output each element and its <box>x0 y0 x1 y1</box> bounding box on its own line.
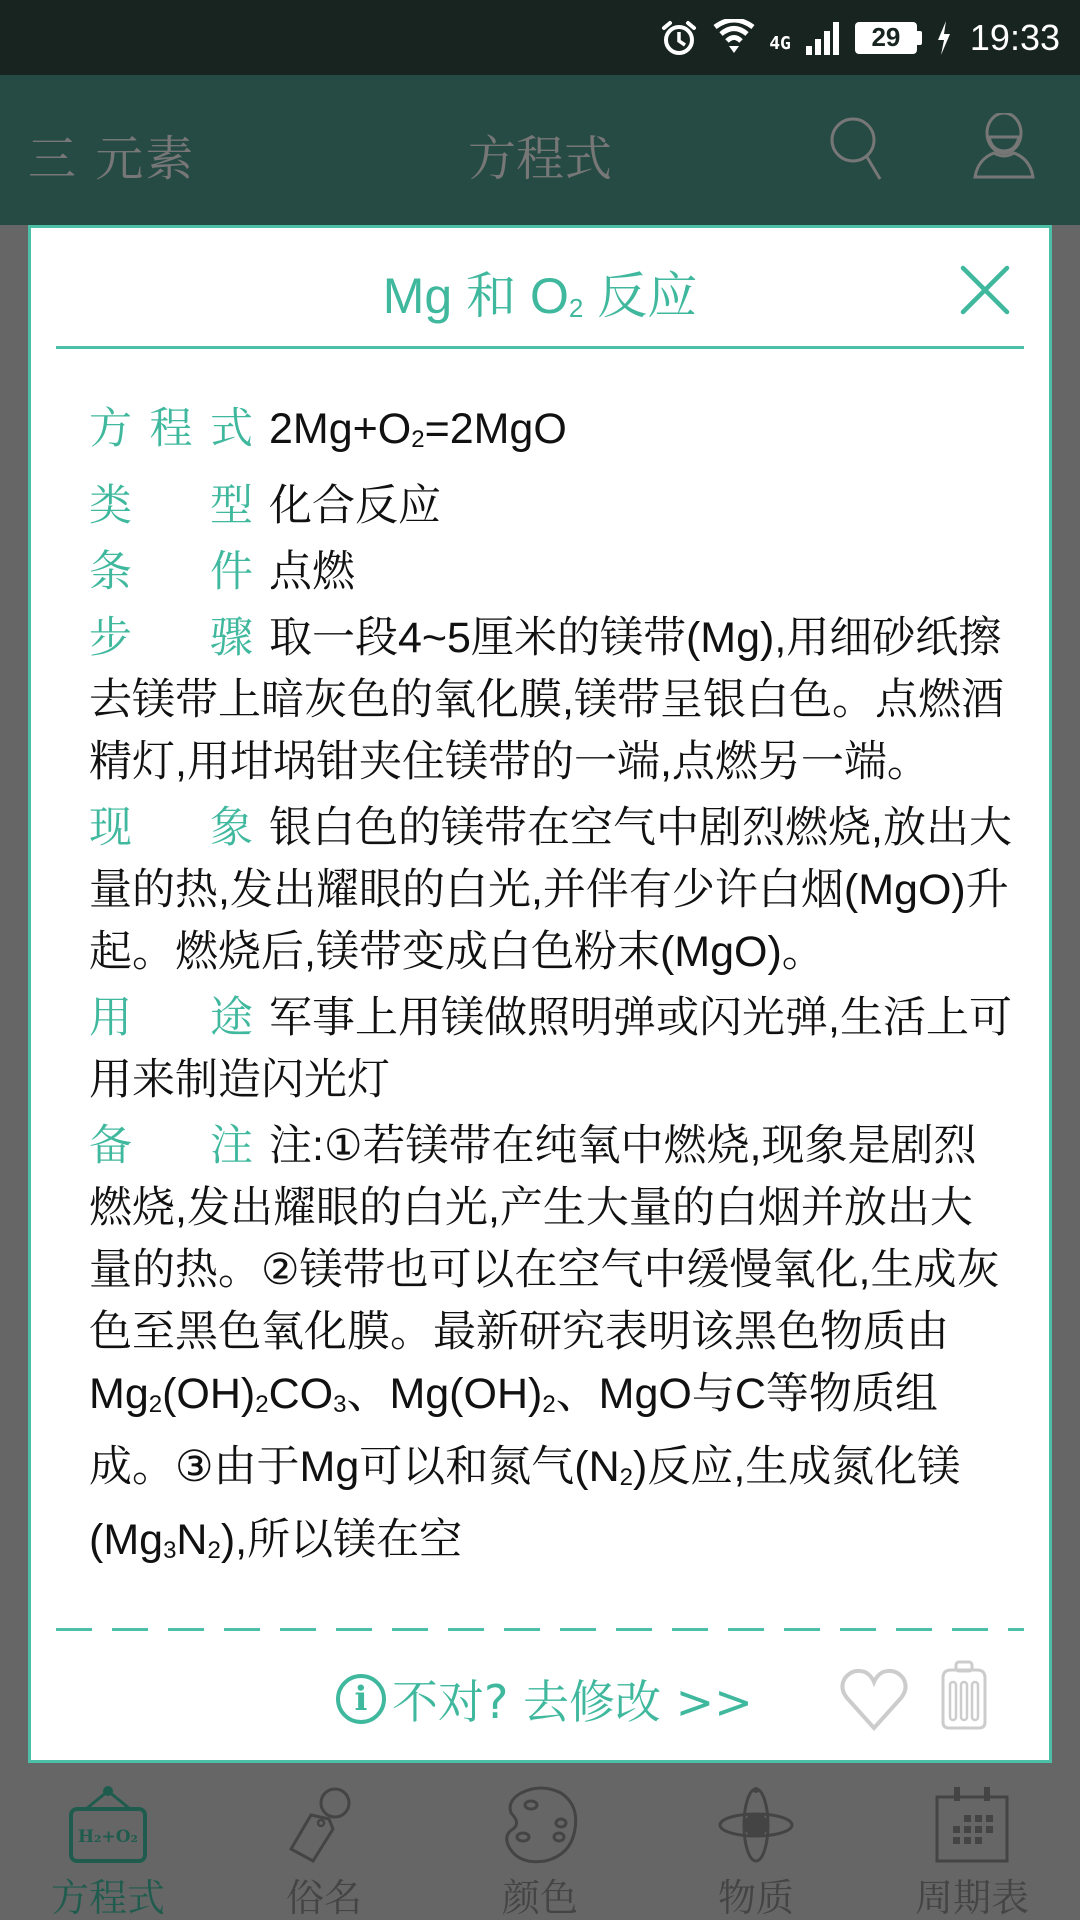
entry-notes: 备注注:①若镁带在纯氧中燃烧,现象是剧烈燃烧,发出耀眼的白光,产生大量的白烟并放… <box>89 1115 1013 1582</box>
title-text-suffix: 反应 <box>583 268 697 324</box>
reaction-detail-dialog: Mg 和 O2 反应 方程式2Mg+O2=2MgO 类型化合反应 条件点燃 步骤… <box>28 225 1052 1763</box>
entry-label: 条件 <box>89 541 253 603</box>
nav-item-equations[interactable]: H₂+O₂ 方程式 <box>0 1763 216 1920</box>
calendar-grid-icon <box>934 1785 1010 1865</box>
entry-phenomenon: 现象银白色的镁带在空气中剧烈燃烧,放出大量的热,发出耀眼的白光,并伴有少许白烟(… <box>89 797 1013 983</box>
atom-icon <box>716 1785 796 1865</box>
entry-value: 化合反应 <box>269 482 441 530</box>
nav-label: 俗名 <box>286 1867 362 1920</box>
entry-type: 类型化合反应 <box>89 475 1013 537</box>
palette-icon <box>501 1785 579 1865</box>
entry-usage: 用途军事上用镁做照明弹或闪光弹,生活上可用来制造闪光灯 <box>89 987 1013 1111</box>
nav-item-substances[interactable]: 物质 <box>648 1763 864 1920</box>
dialog-title: Mg 和 O2 反应 <box>31 256 1049 328</box>
entry-label: 类型 <box>89 475 253 537</box>
entry-label: 备注 <box>89 1115 253 1177</box>
page-title: 方程式 <box>0 120 1080 189</box>
nav-item-colors[interactable]: 颜色 <box>432 1763 648 1920</box>
app-header: 三 元素 方程式 <box>0 75 1080 225</box>
battery-icon: 29 <box>855 22 922 54</box>
heart-icon[interactable] <box>839 1668 909 1736</box>
entry-value: 注:①若镁带在纯氧中燃烧,现象是剧烈燃烧,发出耀眼的白光,产生大量的白烟并放出大… <box>89 1122 1000 1564</box>
title-subscript: 2 <box>569 293 583 323</box>
status-bar: 4G 29 19:33 <box>0 0 1080 75</box>
nav-label: 方程式 <box>51 1867 165 1920</box>
nav-item-periodic-table[interactable]: 周期表 <box>864 1763 1080 1920</box>
signal-icon <box>805 20 841 56</box>
info-icon: i <box>336 1674 386 1724</box>
tag-icon <box>289 1785 359 1865</box>
charging-icon <box>936 21 952 55</box>
title-divider <box>56 346 1024 349</box>
dialog-content[interactable]: 方程式2Mg+O2=2MgO 类型化合反应 条件点燃 步骤取一段4~5厘米的镁带… <box>89 398 1013 1631</box>
entry-label: 用途 <box>89 987 253 1049</box>
equation-sign-icon: H₂+O₂ <box>68 1785 148 1865</box>
entry-value: 2Mg+O2=2MgO <box>269 405 567 453</box>
dialog-footer: i 不对? 去修改 >> <box>31 1658 1049 1738</box>
entry-condition: 条件点燃 <box>89 541 1013 603</box>
nav-label: 颜色 <box>502 1867 578 1920</box>
bottom-nav: H₂+O₂ 方程式 俗名 颜色 物质 周期表 <box>0 1763 1080 1920</box>
entry-label: 方程式 <box>89 398 253 460</box>
wifi-icon <box>713 19 755 57</box>
user-icon[interactable] <box>972 113 1036 183</box>
entry-value: 点燃 <box>269 548 355 596</box>
report-error-label: 不对? 去修改 >> <box>392 1666 753 1732</box>
network-type: 4G <box>769 33 791 54</box>
close-icon[interactable] <box>959 264 1011 316</box>
search-icon[interactable] <box>828 115 888 185</box>
entry-steps: 步骤取一段4~5厘米的镁带(Mg),用细砂纸擦去镁带上暗灰色的氧化膜,镁带呈银白… <box>89 607 1013 793</box>
title-text: Mg 和 O <box>383 268 569 324</box>
entry-label: 步骤 <box>89 607 253 669</box>
entry-equation: 方程式2Mg+O2=2MgO <box>89 398 1013 471</box>
svg-text:H₂+O₂: H₂+O₂ <box>78 1827 138 1847</box>
nav-label: 周期表 <box>915 1867 1029 1920</box>
alarm-icon <box>659 18 699 58</box>
clock: 19:33 <box>970 17 1060 59</box>
report-error-link[interactable]: i 不对? 去修改 >> <box>336 1666 753 1732</box>
content-dashed-divider <box>56 1628 1024 1631</box>
trash-icon[interactable] <box>939 1660 989 1734</box>
nav-label: 物质 <box>718 1867 794 1920</box>
battery-level: 29 <box>855 22 917 54</box>
nav-item-common-names[interactable]: 俗名 <box>216 1763 432 1920</box>
entry-label: 现象 <box>89 797 253 859</box>
